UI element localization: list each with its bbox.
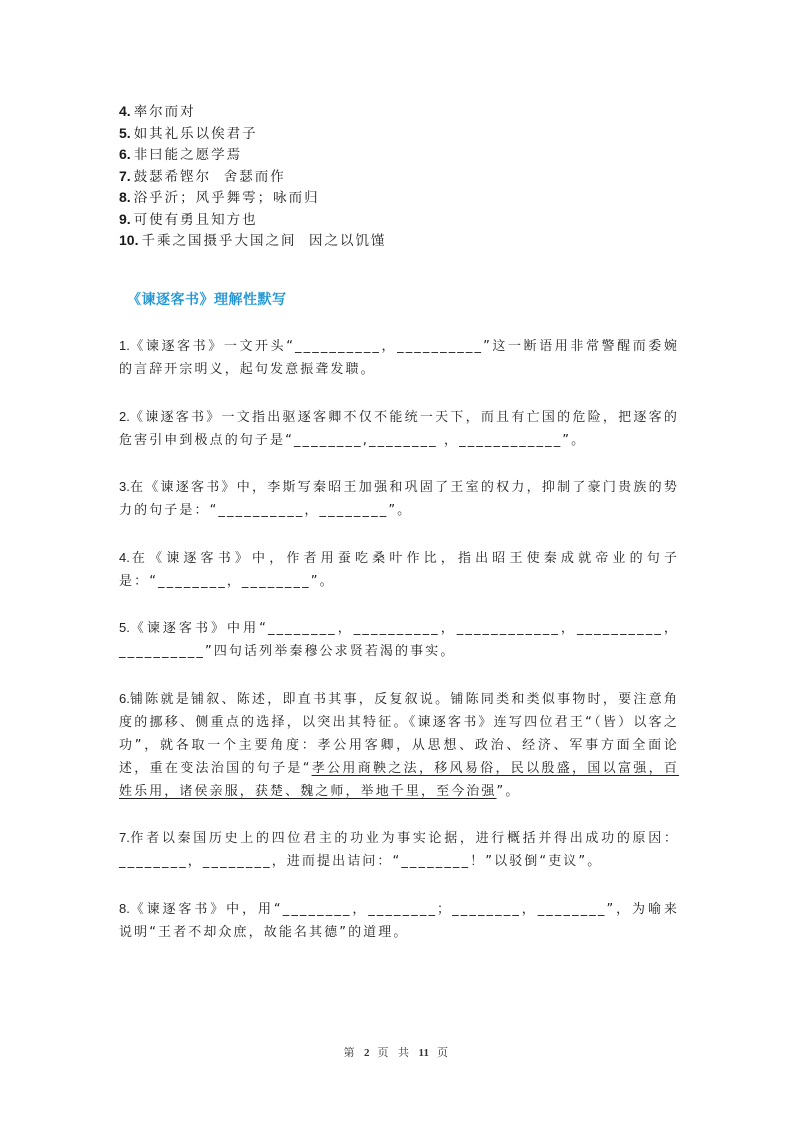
answer-text: 鼓瑟希铿尔 舍瑟而作 bbox=[134, 169, 286, 185]
footer-prefix: 第 bbox=[344, 1046, 357, 1059]
question-text: 作者以秦国历史上的四位君主的功业为事实论据，进行概括并得出成功的原因：_____… bbox=[119, 831, 679, 869]
question-text: 《谏逐客书》一文开头“__________，__________”这一断语用非常… bbox=[119, 339, 679, 377]
answer-text: 非曰能之愿学焉 bbox=[134, 147, 243, 163]
answer-number: 8. bbox=[119, 189, 131, 205]
question-item: 1.《谏逐客书》一文开头“__________，__________”这一断语用… bbox=[119, 334, 679, 381]
answer-item: 8.浴乎沂；风乎舞雩；咏而归 bbox=[119, 187, 387, 209]
answer-number: 4. bbox=[119, 103, 131, 119]
document-page: 4.率尔而对 5.如其礼乐以俟君子 6.非曰能之愿学焉 7.鼓瑟希铿尔 舍瑟而作… bbox=[0, 0, 793, 1122]
question-text: 《谏逐客书》一文指出驱逐客卿不仅不能统一天下，而且有亡国的危险，把逐客的危害引申… bbox=[119, 410, 679, 448]
question-number: 4. bbox=[119, 550, 130, 565]
question-item: 2.《谏逐客书》一文指出驱逐客卿不仅不能统一天下，而且有亡国的危险，把逐客的危害… bbox=[119, 405, 679, 452]
answer-text: 率尔而对 bbox=[134, 104, 196, 120]
answer-number: 7. bbox=[119, 168, 131, 184]
question-number: 8. bbox=[119, 901, 130, 916]
question-list: 1.《谏逐客书》一文开头“__________，__________”这一断语用… bbox=[119, 334, 679, 967]
answer-list-continued: 4.率尔而对 5.如其礼乐以俟君子 6.非曰能之愿学焉 7.鼓瑟希铿尔 舍瑟而作… bbox=[119, 101, 387, 252]
footer-suffix: 页 bbox=[437, 1046, 450, 1059]
question-number: 3. bbox=[119, 479, 130, 494]
answer-number: 9. bbox=[119, 211, 131, 227]
answer-item: 7.鼓瑟希铿尔 舍瑟而作 bbox=[119, 166, 387, 188]
question-text-after: ”。 bbox=[497, 784, 521, 799]
question-item: 4.在《谏逐客书》中，作者用蚕吃桑叶作比，指出昭王使秦成就帝业的句子是：“___… bbox=[119, 546, 679, 593]
question-item: 5.《谏逐客书》中用“________，__________，_________… bbox=[119, 616, 679, 663]
question-text: 在《谏逐客书》中，作者用蚕吃桑叶作比，指出昭王使秦成就帝业的句子是：“_____… bbox=[119, 551, 679, 589]
answer-number: 5. bbox=[119, 125, 131, 141]
question-number: 1. bbox=[119, 338, 130, 353]
footer-mid: 页 共 bbox=[378, 1046, 411, 1059]
answer-number: 6. bbox=[119, 146, 131, 162]
answer-text: 千乘之国摄乎大国之间 因之以饥馑 bbox=[141, 233, 386, 249]
answer-number: 10. bbox=[119, 232, 138, 248]
current-page-number: 2 bbox=[364, 1047, 370, 1059]
page-footer: 第 2 页 共 11 页 bbox=[0, 1044, 793, 1060]
answer-text: 浴乎沂；风乎舞雩；咏而归 bbox=[134, 190, 320, 206]
section-title: 《谏逐客书》理解性默写 bbox=[127, 289, 287, 309]
question-item: 7.作者以秦国历史上的四位君主的功业为事实论据，进行概括并得出成功的原因：___… bbox=[119, 826, 679, 873]
question-item: 3.在《谏逐客书》中，李斯写秦昭王加强和巩固了王室的权力，抑制了豪门贵族的势力的… bbox=[119, 475, 679, 522]
answer-text: 如其礼乐以俟君子 bbox=[134, 126, 258, 142]
question-text: 《谏逐客书》中用“________，__________，___________… bbox=[119, 621, 679, 659]
question-item: 6.铺陈就是铺叙、陈述，即直书其事，反复叙说。铺陈同类和类似事物时，要注意角度的… bbox=[119, 687, 679, 803]
answer-item: 6.非曰能之愿学焉 bbox=[119, 144, 387, 166]
answer-item: 5.如其礼乐以俟君子 bbox=[119, 123, 387, 145]
question-text: 《谏逐客书》中，用“________，________；________，___… bbox=[119, 902, 679, 940]
answer-text: 可使有勇且知方也 bbox=[134, 212, 258, 228]
answer-item: 10.千乘之国摄乎大国之间 因之以饥馑 bbox=[119, 230, 387, 252]
question-item: 8.《谏逐客书》中，用“________，________；________，_… bbox=[119, 897, 679, 944]
question-number: 7. bbox=[119, 830, 130, 845]
answer-item: 9.可使有勇且知方也 bbox=[119, 209, 387, 231]
answer-item: 4.率尔而对 bbox=[119, 101, 387, 123]
question-number: 6. bbox=[119, 691, 130, 706]
total-page-count: 11 bbox=[419, 1047, 429, 1059]
question-text: 在《谏逐客书》中，李斯写秦昭王加强和巩固了王室的权力，抑制了豪门贵族的势力的句子… bbox=[119, 480, 679, 518]
question-number: 2. bbox=[119, 409, 130, 424]
question-number: 5. bbox=[119, 620, 130, 635]
